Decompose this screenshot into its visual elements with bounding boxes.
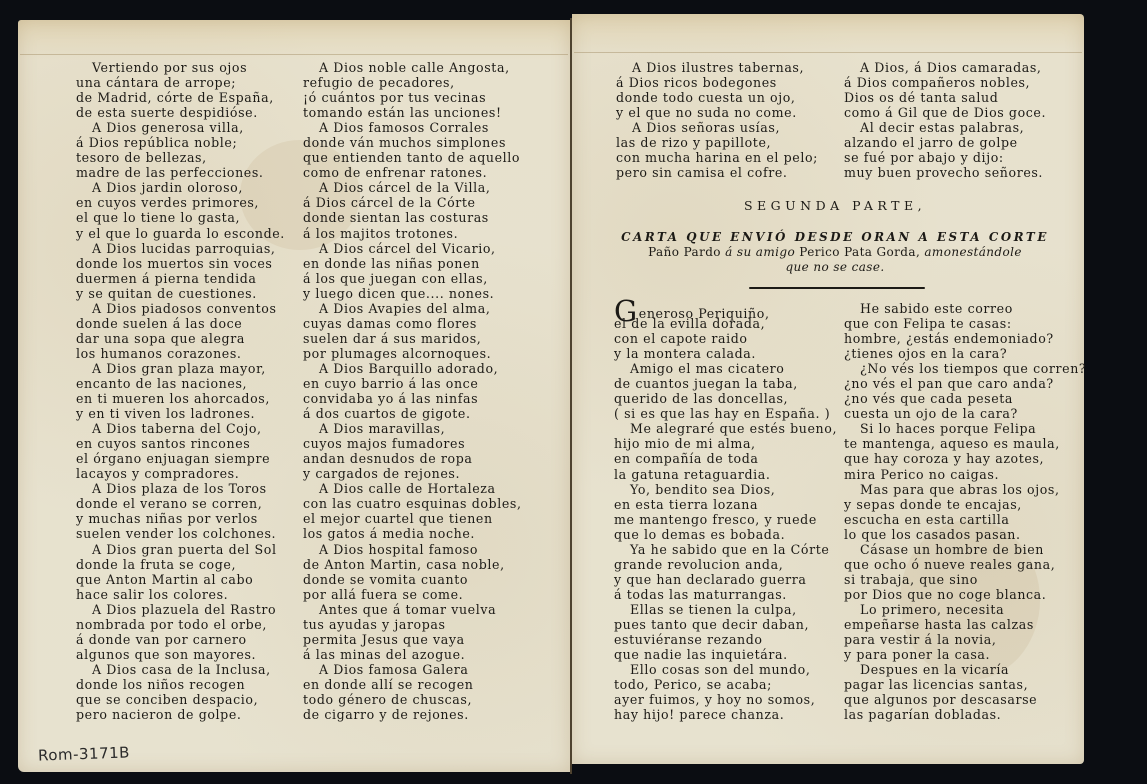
verse-text: A Dios plaza de los Toros [92,481,267,496]
verse-line: de Anton Martin, casa noble, [303,557,522,572]
verse-text: todo, Perico, se acaba; [614,677,772,692]
verse-text: Al decir estas palabras, [860,120,1024,135]
verse-line: cuyas damas como flores [303,316,522,331]
verse-line: donde se vomita cuanto [303,572,522,587]
verse-line: A Dios piadosos conventos [76,301,285,316]
scanned-document: Vertiendo por sus ojosuna cántara de arr… [0,0,1147,784]
verse-text: y la montera calada. [614,346,756,361]
verse-line: que algunos por descasarse [844,692,1086,707]
verse-line: A Dios señoras usías, [616,120,818,135]
verse-line: en cuyos verdes primores, [76,195,285,210]
verse-text: donde todo cuesta un ojo, [616,90,796,105]
verse-text: y para poner la casa. [844,647,990,662]
verse-text: permita Jesus que vaya [303,632,465,647]
verse-text: á todas las maturrangas. [614,587,787,602]
verse-text: lacayos y compradores. [76,466,239,481]
verse-line: ayer fuimos, y hoy no somos, [614,692,837,707]
verse-text: en esta tierra lozana [614,497,758,512]
verse-line: de esta suerte despidióse. [76,105,285,120]
verse-line: muy buen provecho señores. [844,165,1046,180]
verse-text: A Dios gran puerta del Sol [92,542,277,557]
verse-text: y luego dicen que.... nones. [303,286,494,301]
verse-line: hace salir los colores. [76,587,285,602]
letter-subheading-italic: á su amigo [725,245,795,259]
verse-text: de Anton Martin, casa noble, [303,557,505,572]
verse-line: tus ayudas y jaropas [303,617,522,632]
verse-line: una cántara de arrope; [76,75,285,90]
verse-line: A Dios hospital famoso [303,542,522,557]
verse-text: A Dios hospital famoso [319,542,478,557]
verse-line: Me alegraré que estés bueno, [614,421,837,436]
verse-line: á Dios cárcel de la Córte [303,195,522,210]
verse-text: ¿No vés los tiempos que corren? [860,361,1086,376]
verse-line: todo, Perico, se acaba; [614,677,837,692]
verse-line: donde sientan las costuras [303,210,522,225]
verse-line: con el capote raido [614,331,837,346]
verse-line: hijo mio de mi alma, [614,436,837,451]
letter-subheading-italic: amonestándole [924,245,1022,259]
verse-line: que entienden tanto de aquello [303,150,522,165]
letter-heading: CARTA QUE ENVIÓ DESDE ORAN A ESTA CORTE [600,230,1070,244]
verse-text: se fué por abajo y dijo: [844,150,1004,165]
verse-text: donde sientan las costuras [303,210,489,225]
verse-text: las de rizo y papillote, [616,135,771,150]
verse-text: lo que los casados pasan. [844,527,1021,542]
verse-line: escucha en esta cartilla [844,512,1086,527]
verse-text: á Dios república noble; [76,135,237,150]
verse-text: pero nacieron de golpe. [76,707,242,722]
verse-line: en donde allí se recogen [303,677,522,692]
verse-line: A Dios famosa Galera [303,662,522,677]
verse-line: los humanos corazones. [76,346,285,361]
verse-text: A Dios, á Dios camaradas, [860,60,1042,75]
verse-text: ¿no vés el pan que caro anda? [844,376,1054,391]
verse-line: y para poner la casa. [844,647,1086,662]
verse-line: donde todo cuesta un ojo, [616,90,818,105]
verse-line: ¿no vés el pan que caro anda? [844,376,1086,391]
verse-line: A Dios Barquillo adorado, [303,361,522,376]
verse-text: con las cuatro esquinas dobles, [303,496,522,511]
verse-line: Despues en la vicaría [844,662,1086,677]
verse-text: duermen á pierna tendida [76,271,257,286]
verse-text: me mantengo fresco, y ruede [614,512,817,527]
verse-line: querido de las doncellas, [614,391,837,406]
verse-text: A Dios lucidas parroquias, [92,241,276,256]
letter-subheading-part: Perico Pata Gorda, [795,245,924,259]
verse-line: pagar las licencias santas, [844,677,1086,692]
verse-text: suelen vender los colchones. [76,526,276,541]
verse-line: y luego dicen que.... nones. [303,286,522,301]
verse-text: que se conciben despacio, [76,692,258,707]
verse-line: y se quitan de cuestiones. [76,286,285,301]
verse-line: á los majitos trotones. [303,226,522,241]
verse-text: escucha en esta cartilla [844,512,1009,527]
verse-line: dar una sopa que alegra [76,331,285,346]
verse-line: en cuyo barrio á las once [303,376,522,391]
verse-line: cuyos majos fumadores [303,436,522,451]
verse-text: donde los niños recogen [76,677,245,692]
verse-text: que lo demas es bobada. [614,527,785,542]
verse-text: donde el verano se corren, [76,496,262,511]
verse-line: Ellas se tienen la culpa, [614,602,837,617]
shelf-mark-label: Rom-3171B [38,743,130,764]
verse-line: el órgano enjuagan siempre [76,451,285,466]
verse-text: A Dios famosos Corrales [319,120,489,135]
verse-line: Cásase un hombre de bien [844,542,1086,557]
verse-text: cuyas damas como flores [303,316,477,331]
verse-text: ¿no vés que cada peseta [844,391,1013,406]
verse-text: con mucha harina en el pelo; [616,150,818,165]
verse-text: Me alegraré que estés bueno, [630,421,837,436]
verse-text: á Dios cárcel de la Córte [303,195,476,210]
verse-text: A Dios gran plaza mayor, [92,361,266,376]
verse-line: A Dios casa de la Inclusa, [76,662,285,677]
verse-text: por Dios que no coge blanca. [844,587,1046,602]
verse-line: algunos que son mayores. [76,647,285,662]
verse-text: ( si es que las hay en España. ) [614,406,830,421]
verse-line: y en ti viven los ladrones. [76,406,285,421]
verse-text: suelen dar á sus maridos, [303,331,481,346]
verse-line: hombre, ¿estás endemoniado? [844,331,1086,346]
verse-text: hombre, ¿estás endemoniado? [844,331,1054,346]
verse-line: tesoro de bellezas, [76,150,285,165]
verse-text: el de la evilla dorada, [614,316,765,331]
verse-text: Ello cosas son del mundo, [630,662,810,677]
verse-line: tomando están las unciones! [303,105,522,120]
verse-text: algunos que son mayores. [76,647,256,662]
verse-line: A Dios, á Dios camaradas, [844,60,1046,75]
verse-text: en donde allí se recogen [303,677,474,692]
verse-text: hay hijo! parece chanza. [614,707,784,722]
verse-line: Lo primero, necesita [844,602,1086,617]
verse-text: ¡ó cuántos por tus vecinas [303,90,486,105]
verse-text: y en ti viven los ladrones. [76,406,255,421]
verse-text: y muchas niñas por verlos [76,511,258,526]
verse-line: donde la fruta se coge, [76,557,285,572]
verse-text: á las minas del azogue. [303,647,465,662]
verse-text: y sepas donde te encajas, [844,497,1022,512]
verse-text: Amigo el mas cicatero [630,361,784,376]
verse-line: me mantengo fresco, y ruede [614,512,837,527]
verse-text: muy buen provecho señores. [844,165,1043,180]
verse-text: donde la fruta se coge, [76,557,236,572]
verse-line: Dios os dé tanta salud [844,90,1046,105]
verse-line: refugio de pecadores, [303,75,522,90]
verse-text: que ocho ó nueve reales gana, [844,557,1055,572]
verse-text: la gatuna retaguardia. [614,467,770,482]
verse-text: tomando están las unciones! [303,105,502,120]
verse-text: á donde van por carnero [76,632,247,647]
verse-text: hijo mio de mi alma, [614,436,756,451]
verse-text: mira Perico no caigas. [844,467,999,482]
verse-line: A Dios gran puerta del Sol [76,542,285,557]
verse-text: encanto de las naciones, [76,376,247,391]
verse-text: las pagarían dobladas. [844,707,1001,722]
verse-text: donde los muertos sin voces [76,256,272,271]
verse-line: á donde van por carnero [76,632,285,647]
verse-text: A Dios casa de la Inclusa, [92,662,271,677]
verse-line: á todas las maturrangas. [614,587,837,602]
verse-line: á las minas del azogue. [303,647,522,662]
verse-line: y que han declarado guerra [614,572,837,587]
verse-line: pero sin camisa el cofre. [616,165,818,180]
verse-line: donde los muertos sin voces [76,256,285,271]
verse-line: como á Gil que de Dios goce. [844,105,1046,120]
verse-text: He sabido este correo [860,301,1013,316]
left-page-column-1: Vertiendo por sus ojosuna cántara de arr… [76,60,285,722]
verse-text: andan desnudos de ropa [303,451,473,466]
verse-text: el mejor cuartel que tienen [303,511,493,526]
verse-text: A Dios cárcel del Vicario, [319,241,496,256]
verse-text: A Dios taberna del Cojo, [92,421,262,436]
verse-text: una cántara de arrope; [76,75,236,90]
verse-text: á Dios compañeros nobles, [844,75,1030,90]
verse-line: y muchas niñas por verlos [76,511,285,526]
verse-text: tesoro de bellezas, [76,150,207,165]
verse-line: para vestir á la novia, [844,632,1086,647]
verse-line: madre de las perfecciones. [76,165,285,180]
verse-line: y sepas donde te encajas, [844,497,1086,512]
verse-line: todo género de chuscas, [303,692,522,707]
verse-text: alzando el jarro de golpe [844,135,1018,150]
verse-line: Al decir estas palabras, [844,120,1046,135]
verse-line: cuesta un ojo de la cara? [844,406,1086,421]
verse-text: y el que no suda no come. [616,105,797,120]
verse-text: por plumages alcornoques. [303,346,491,361]
verse-text: Lo primero, necesita [860,602,1004,617]
verse-line: á los que juegan con ellas, [303,271,522,286]
verse-line: A Dios jardin oloroso, [76,180,285,195]
left-page-column-2: A Dios noble calle Angosta,refugio de pe… [303,60,522,722]
verse-line: A Dios taberna del Cojo, [76,421,285,436]
verse-line: ¿tienes ojos en la cara? [844,346,1086,361]
verse-text: cuesta un ojo de la cara? [844,406,1018,421]
verse-text: ayer fuimos, y hoy no somos, [614,692,815,707]
verse-text: ¿tienes ojos en la cara? [844,346,1007,361]
verse-text: para vestir á la novia, [844,632,996,647]
verse-line: convidaba yo á las ninfas [303,391,522,406]
verse-line: la gatuna retaguardia. [614,467,837,482]
letter-subheading-italic: que no se case. [785,260,884,274]
verse-line: el mejor cuartel que tienen [303,511,522,526]
verse-text: Yo, bendito sea Dios, [630,482,775,497]
verse-text: dar una sopa que alegra [76,331,245,346]
verse-line: de Madrid, córte de España, [76,90,285,105]
verse-line: grande revolucion anda, [614,557,837,572]
verse-text: A Dios noble calle Angosta, [319,60,510,75]
verse-text: convidaba yo á las ninfas [303,391,478,406]
verse-line: A Dios generosa villa, [76,120,285,135]
verse-text: tus ayudas y jaropas [303,617,446,632]
verse-text: que Anton Martin al cabo [76,572,253,587]
verse-text: A Dios famosa Galera [319,662,469,677]
verse-text: y cargados de rejones. [303,466,460,481]
verse-line: ¿No vés los tiempos que corren? [844,361,1086,376]
verse-text: que algunos por descasarse [844,692,1037,707]
paper-crease [574,52,1082,53]
verse-text: Despues en la vicaría [860,662,1009,677]
verse-line: los gatos á media noche. [303,526,522,541]
verse-text: donde se vomita cuanto [303,572,468,587]
verse-line: Generoso Periquiño, [614,301,837,316]
verse-text: donde suelen á las doce [76,316,242,331]
verse-text: estuviéranse rezando [614,632,763,647]
verse-text: á dos cuartos de gigote. [303,406,471,421]
verse-text: A Dios Barquillo adorado, [319,361,498,376]
verse-text: A Dios señoras usías, [632,120,780,135]
verse-line: permita Jesus que vaya [303,632,522,647]
verse-text: de Madrid, córte de España, [76,90,274,105]
verse-line: á Dios ricos bodegones [616,75,818,90]
verse-line: A Dios maravillas, [303,421,522,436]
verse-text: como de enfrenar ratones. [303,165,487,180]
verse-line: como de enfrenar ratones. [303,165,522,180]
verse-line: Antes que á tomar vuelva [303,602,522,617]
verse-text: que hay coroza y hay azotes, [844,451,1044,466]
verse-text: en cuyos verdes primores, [76,195,259,210]
verse-text: Si lo haces porque Felipa [860,421,1036,436]
verse-line: y el que lo guarda lo esconde. [76,226,285,241]
verse-text: en ti mueren los ahorcados, [76,391,270,406]
verse-line: se fué por abajo y dijo: [844,150,1046,165]
verse-line: á Dios compañeros nobles, [844,75,1046,90]
verse-text: y el que lo guarda lo esconde. [76,226,285,241]
verse-line: el que lo tiene lo gasta, [76,210,285,225]
verse-line: á dos cuartos de gigote. [303,406,522,421]
verse-text: A Dios cárcel de la Villa, [319,180,491,195]
verse-line: Mas para que abras los ojos, [844,482,1086,497]
right-page-bottom-column-1: Generoso Periquiño,el de la evilla dorad… [614,301,837,722]
verse-text: á los majitos trotones. [303,226,458,241]
letter-subheading: Paño Pardo á su amigo Perico Pata Gorda,… [600,245,1070,275]
verse-line: encanto de las naciones, [76,376,285,391]
verse-line: ¡ó cuántos por tus vecinas [303,90,522,105]
verse-line: en esta tierra lozana [614,497,837,512]
verse-text: que nadie las inquietára. [614,647,788,662]
verse-line: nombrada por todo el orbe, [76,617,285,632]
verse-line: lo que los casados pasan. [844,527,1086,542]
verse-text: Mas para que abras los ojos, [860,482,1060,497]
verse-text: empeñarse hasta las calzas [844,617,1034,632]
verse-line: A Dios famosos Corrales [303,120,522,135]
verse-text: en donde las niñas ponen [303,256,480,271]
verse-text: á Dios ricos bodegones [616,75,777,90]
verse-line: Yo, bendito sea Dios, [614,482,837,497]
verse-text: en compañía de toda [614,451,759,466]
verse-line: A Dios cárcel del Vicario, [303,241,522,256]
verse-line: mira Perico no caigas. [844,467,1086,482]
verse-line: pero nacieron de golpe. [76,707,285,722]
verse-line: Amigo el mas cicatero [614,361,837,376]
verse-line: el de la evilla dorada, [614,316,837,331]
verse-line: duermen á pierna tendida [76,271,285,286]
verse-line: suelen vender los colchones. [76,526,285,541]
verse-line: Ello cosas son del mundo, [614,662,837,677]
verse-text: á los que juegan con ellas, [303,271,488,286]
verse-text: en cuyo barrio á las once [303,376,478,391]
verse-line: y el que no suda no come. [616,105,818,120]
letter-subheading-part: Paño Pardo [648,245,725,259]
verse-line: que lo demas es bobada. [614,527,837,542]
verse-text: cuyos majos fumadores [303,436,465,451]
verse-line: Si lo haces porque Felipa [844,421,1086,436]
verse-line: por allá fuera se come. [303,587,522,602]
verse-line: A Dios plazuela del Rastro [76,602,285,617]
verse-line: y la montera calada. [614,346,837,361]
verse-text: A Dios generosa villa, [92,120,244,135]
verse-line: las de rizo y papillote, [616,135,818,150]
verse-line: por plumages alcornoques. [303,346,522,361]
paper-crease [20,54,568,55]
verse-text: A Dios piadosos conventos [92,301,277,316]
verse-text: Antes que á tomar vuelva [319,602,496,617]
verse-text: A Dios Avapies del alma, [319,301,490,316]
verse-line: que ocho ó nueve reales gana, [844,557,1086,572]
verse-text: A Dios plazuela del Rastro [92,602,276,617]
verse-text: pero sin camisa el cofre. [616,165,788,180]
verse-text: grande revolucion anda, [614,557,783,572]
verse-line: por Dios que no coge blanca. [844,587,1086,602]
verse-text: A Dios calle de Hortaleza [319,481,496,496]
verse-text: el órgano enjuagan siempre [76,451,270,466]
verse-line: que Anton Martin al cabo [76,572,285,587]
verse-text: y se quitan de cuestiones. [76,286,257,301]
verse-text: A Dios maravillas, [319,421,445,436]
verse-text: querido de las doncellas, [614,391,788,406]
verse-line: de cigarro y de rejones. [303,707,522,722]
verse-line: Vertiendo por sus ojos [76,60,285,75]
verse-line: A Dios Avapies del alma, [303,301,522,316]
verse-line: las pagarían dobladas. [844,707,1086,722]
verse-text: pagar las licencias santas, [844,677,1028,692]
verse-text: en cuyos santos rincones [76,436,250,451]
verse-text: A Dios jardin oloroso, [92,180,243,195]
verse-text: los humanos corazones. [76,346,242,361]
verse-line: en cuyos santos rincones [76,436,285,451]
verse-line: A Dios plaza de los Toros [76,481,285,496]
verse-line: en ti mueren los ahorcados, [76,391,285,406]
verse-line: pues tanto que decir daban, [614,617,837,632]
verse-line: andan desnudos de ropa [303,451,522,466]
verse-line: donde ván muchos simplones [303,135,522,150]
verse-line: He sabido este correo [844,301,1086,316]
verse-line: te mantenga, aqueso es maula, [844,436,1086,451]
verse-line: y cargados de rejones. [303,466,522,481]
verse-line: que se conciben despacio, [76,692,285,707]
verse-line: en donde las niñas ponen [303,256,522,271]
verse-text: de cigarro y de rejones. [303,707,469,722]
verse-text: con el capote raido [614,331,748,346]
verse-text: el que lo tiene lo gasta, [76,210,240,225]
verse-line: alzando el jarro de golpe [844,135,1046,150]
page-fold [570,18,572,774]
verse-line: A Dios noble calle Angosta, [303,60,522,75]
verse-line: ( si es que las hay en España. ) [614,406,837,421]
verse-line: donde suelen á las doce [76,316,285,331]
verse-text: los gatos á media noche. [303,526,475,541]
verse-line: A Dios lucidas parroquias, [76,241,285,256]
right-page-top-column-1: A Dios ilustres tabernas,á Dios ricos bo… [616,60,818,180]
verse-text: si trabaja, que sino [844,572,978,587]
verse-text: y que han declarado guerra [614,572,807,587]
verse-text: de esta suerte despidióse. [76,105,258,120]
right-page-bottom-column-2: He sabido este correoque con Felipa te c… [844,301,1086,722]
verse-line: con mucha harina en el pelo; [616,150,818,165]
verse-line: donde los niños recogen [76,677,285,692]
verse-line: ¿no vés que cada peseta [844,391,1086,406]
verse-line: suelen dar á sus maridos, [303,331,522,346]
verse-line: Ya he sabido que en la Córte [614,542,837,557]
